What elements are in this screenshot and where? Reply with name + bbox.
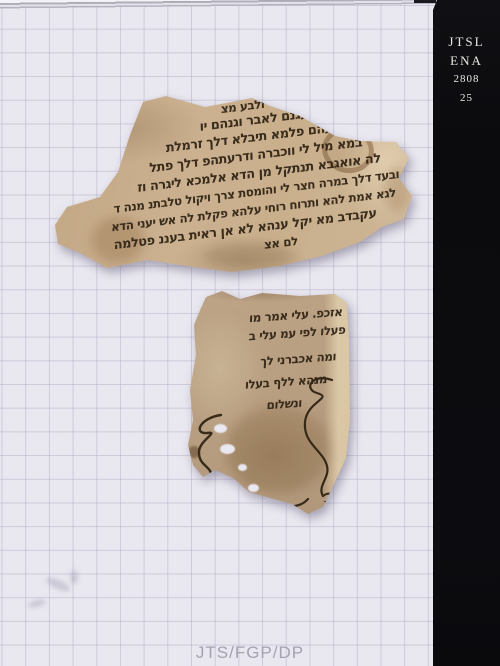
shelfmark-text: JTSL ENA 2808 25 (433, 32, 500, 108)
board-smudge (70, 570, 78, 584)
handwriting-line: פעלו לפי עמ עלי ב (248, 323, 345, 344)
handwriting-line: לם אצ (264, 234, 298, 252)
pen-flourish-right-icon (294, 372, 344, 502)
shelfmark-bar: JTSL ENA 2808 25 (433, 0, 500, 666)
manuscript-fragment-upper: זלבע מצ ואעגנם לאבר וגנהם יו מעהם פלמא ת… (54, 95, 416, 275)
library-watermark: JTS/FGP/DP (196, 643, 304, 663)
manuscript-fragment-lower: אזכפ. עלי אמר מו פעלו לפי עמ עלי ב ומה א… (186, 288, 354, 520)
shelfmark-library: JTSL (448, 32, 484, 51)
paper-edge-shadow (414, 0, 436, 3)
handwriting-block: זלבע מצ ואעגנם לאבר וגנהם יו מעהם פלמא ת… (52, 73, 418, 298)
manuscript-photo-canvas: זלבע מצ ואעגנם לאבר וגנהם יו מעהם פלמא ת… (0, 0, 500, 666)
pen-flourish-left-icon (188, 410, 226, 476)
shelfmark-collection: ENA (450, 51, 483, 70)
parchment-surface: אזכפ. עלי אמר מו פעלו לפי עמ עלי ב ומה א… (186, 288, 354, 520)
board-smudge (27, 598, 46, 609)
shelfmark-folio: 25 (460, 89, 473, 108)
paper-edge-line (0, 0, 440, 12)
handwriting-line: ומה אכברני לך (260, 349, 337, 368)
parchment-surface: זלבע מצ ואעגנם לאבר וגנהם יו מעהם פלמא ת… (54, 95, 416, 275)
shelfmark-number: 2808 (454, 70, 480, 89)
handwriting-line: אזכפ. עלי אמר מו (249, 305, 343, 326)
pen-flourish-bottom-icon (278, 496, 312, 518)
board-smudge (44, 575, 71, 594)
